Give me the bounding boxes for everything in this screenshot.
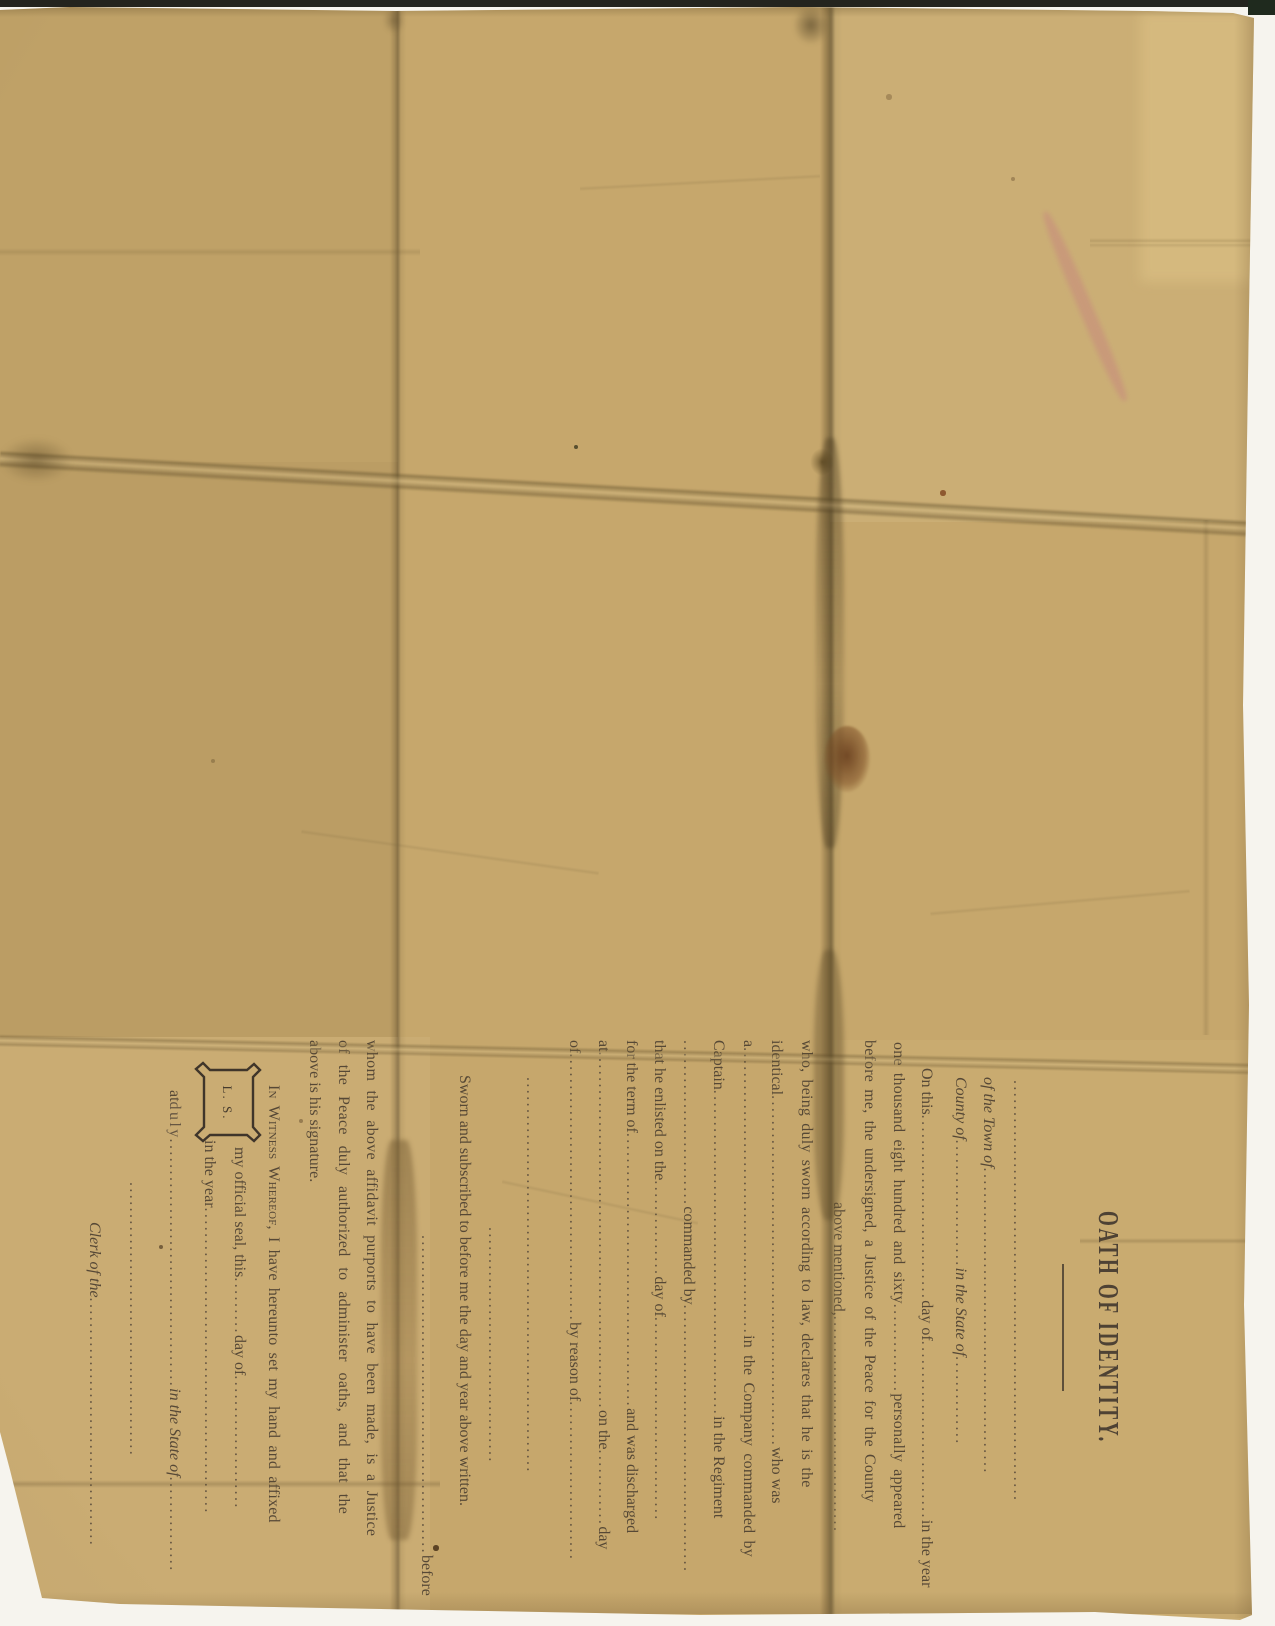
form-line-term: for the term of.........................… [621,1040,641,1533]
form-line-whom: whom the above affidavit purports to hav… [361,1040,381,1536]
dotted-blank: .......................... [680,1040,697,1206]
text-segment: at [166,1090,183,1102]
title-underline-rule [1062,1264,1064,1391]
dotted-blank: duly....................................… [166,1102,183,1389]
dotted-blank: ........................................… [680,1305,697,1574]
text-segment: and was discharged [623,1408,640,1533]
form-line-clerk-blank: ........................................… [124,1182,144,1457]
text-segment: day of [231,1335,248,1375]
text-segment: Captain [710,1040,727,1090]
form-line-before-me: before me, the undersigned, a Justice of… [859,1040,879,1502]
dotted-blank: ................................ [651,1317,668,1522]
dotted-blank: ........................................… [595,1052,612,1410]
dotted-blank: ..................................... [485,1227,502,1464]
text-segment: in the State of [166,1388,183,1476]
dotted-blank: ........................................… [768,1095,785,1447]
form-line-discharged-at: at......................................… [593,1040,613,1549]
form-line-at-state: atduly..................................… [164,1090,184,1573]
form-line-county: County of....................in the Stat… [950,1077,970,1446]
form-line-name-blank: ........................................… [1008,1080,1028,1502]
text-segment: who, being duly sworn according to law, … [798,1040,815,1488]
form-line-year: one thousand eight hundred and sixty....… [888,1042,908,1529]
fold-crease-bottom-right-faint [1080,1238,1256,1244]
text-segment: of the Town of [980,1077,997,1168]
text-segment: day [595,1526,612,1549]
oath-of-identity-form: OATH OF IDENTITY. ......................… [58,1035,1120,1620]
form-line-blank-full: ........................................… [521,1077,541,1474]
dotted-blank: ........................................… [201,1208,218,1515]
ls-seal-label: L. S. [220,1086,235,1121]
dotted-blank: .................... [952,1140,969,1268]
form-line-signature-note: above is his signature. [304,1040,324,1182]
text-segment: by reason of [566,1322,583,1401]
form-line-sworn: Sworn and subscribed to before me the da… [454,1075,474,1506]
text-segment: who was [768,1447,785,1503]
form-line-on-this: On this.............................day … [916,1068,936,1587]
top-edge-shadow [0,7,1254,17]
text-segment: in the Company commanded by [740,1335,757,1557]
text-segment: Clerk of the [86,1222,103,1298]
text-segment: on the [595,1410,612,1450]
form-line-clerk: Clerk of the............................… [84,1222,104,1547]
text-segment: Sworn and subscribed to before me the da… [456,1075,473,1506]
form-line-reason: of......................................… [564,1040,584,1561]
form-line-enlisted: that he enlisted on the...............da… [649,1040,669,1522]
text-segment: in the Regiment [710,1416,727,1518]
dotted-blank: ............... [166,1477,183,1573]
dotted-blank: ............................. [918,1115,935,1301]
wrinkle-top-left [0,248,420,256]
dotted-blank: .............. [952,1356,969,1446]
form-line-town: of the Town of..........................… [978,1077,998,1475]
form-line-commanded: ..........................commanded by..… [678,1040,698,1573]
fold-crease-vertical-right-faint [1202,520,1210,1035]
dotted-blank: ........................................… [566,1053,583,1322]
dotted-blank: ........................................… [623,1133,640,1408]
text-segment: in the State of [952,1268,969,1356]
text-segment: of the Peace duly authorized to administ… [335,1040,352,1514]
dotted-blank: ............................ [918,1341,935,1520]
wrinkle-top-right [1090,238,1254,248]
text-segment: day of [918,1300,935,1340]
text-segment: County of [952,1077,969,1140]
form-title-text: OATH OF IDENTITY. [1098,1211,1118,1444]
dotted-blank: ........................................… [980,1168,997,1475]
dotted-blank: ....................................... [86,1298,103,1548]
text-segment: one thousand eight hundred and sixty [890,1042,907,1304]
form-line-in-year: in the year.............................… [199,1140,219,1515]
text-segment: personally appeared [890,1393,907,1528]
scanner-corner-shadow [1248,0,1275,15]
dotted-blank: ......................... [566,1401,583,1561]
text-segment: On this [918,1068,935,1115]
text-segment: whom the above affidavit purports to hav… [363,1040,380,1536]
fold-crease-vertical-center [820,7,842,1622]
dotted-blank: ............... [651,1180,668,1276]
form-line-who-being: who, being duly sworn according to law, … [796,1040,816,1488]
form-line-peace: of the Peace duly authorized to administ… [333,1040,353,1514]
text-segment: I have hereunto set my hand and affixed [265,1230,282,1523]
text-segment: identical [768,1040,785,1095]
text-segment: day of [651,1276,668,1316]
text-segment: my official seal, this [231,1147,248,1277]
scanner-top-strip [0,0,1275,7]
fold-crease-bottom-left [0,1480,440,1488]
text-segment: before me, the undersigned, a Justice of… [861,1040,878,1502]
dotted-blank: ........................................… [1010,1080,1027,1502]
form-line-rank: a.......................................… [738,1040,758,1557]
dotted-blank: ......... [231,1277,248,1335]
form-line-witness: In Witness Whereof, I have hereunto set … [263,1085,283,1523]
form-title: OATH OF IDENTITY. [1093,1035,1118,1620]
dotted-blank: ........................................… [740,1047,757,1335]
text-segment: above is his signature. [306,1040,323,1182]
form-line-signature-blank: ..................................... [483,1227,503,1464]
dotted-blank: ........................................… [710,1090,727,1416]
form-line-captain: Captain.................................… [708,1040,728,1518]
text-segment: In Witness Whereof, [265,1085,282,1230]
form-line-official-seal: my official seal, this.........day of...… [229,1147,249,1510]
dotted-blank: ........................................… [523,1077,540,1474]
dotted-blank: ..................... [231,1375,248,1509]
paper-sheet: OATH OF IDENTITY. ......................… [0,0,1275,1626]
right-edge-shadow [1234,10,1254,1618]
text-segment: in the year [918,1520,935,1588]
bottom-edge-shadow [30,1592,1254,1614]
dotted-blank: .............. [890,1304,907,1394]
ls-seal: L. S. [194,1061,262,1145]
dotted-blank: ............ [595,1450,612,1527]
form-line-before-blank: ........................................… [416,1235,436,1596]
text-segment: before [418,1555,435,1596]
text-segment: in the year [201,1140,218,1208]
scanned-document-page: { "palette": { "paper": "#c6a76c", "ink"… [0,0,1275,1626]
dotted-blank: ........................................… [418,1235,435,1555]
dotted-blank: ........................................… [126,1182,143,1457]
form-line-identical: identical...............................… [766,1040,786,1504]
